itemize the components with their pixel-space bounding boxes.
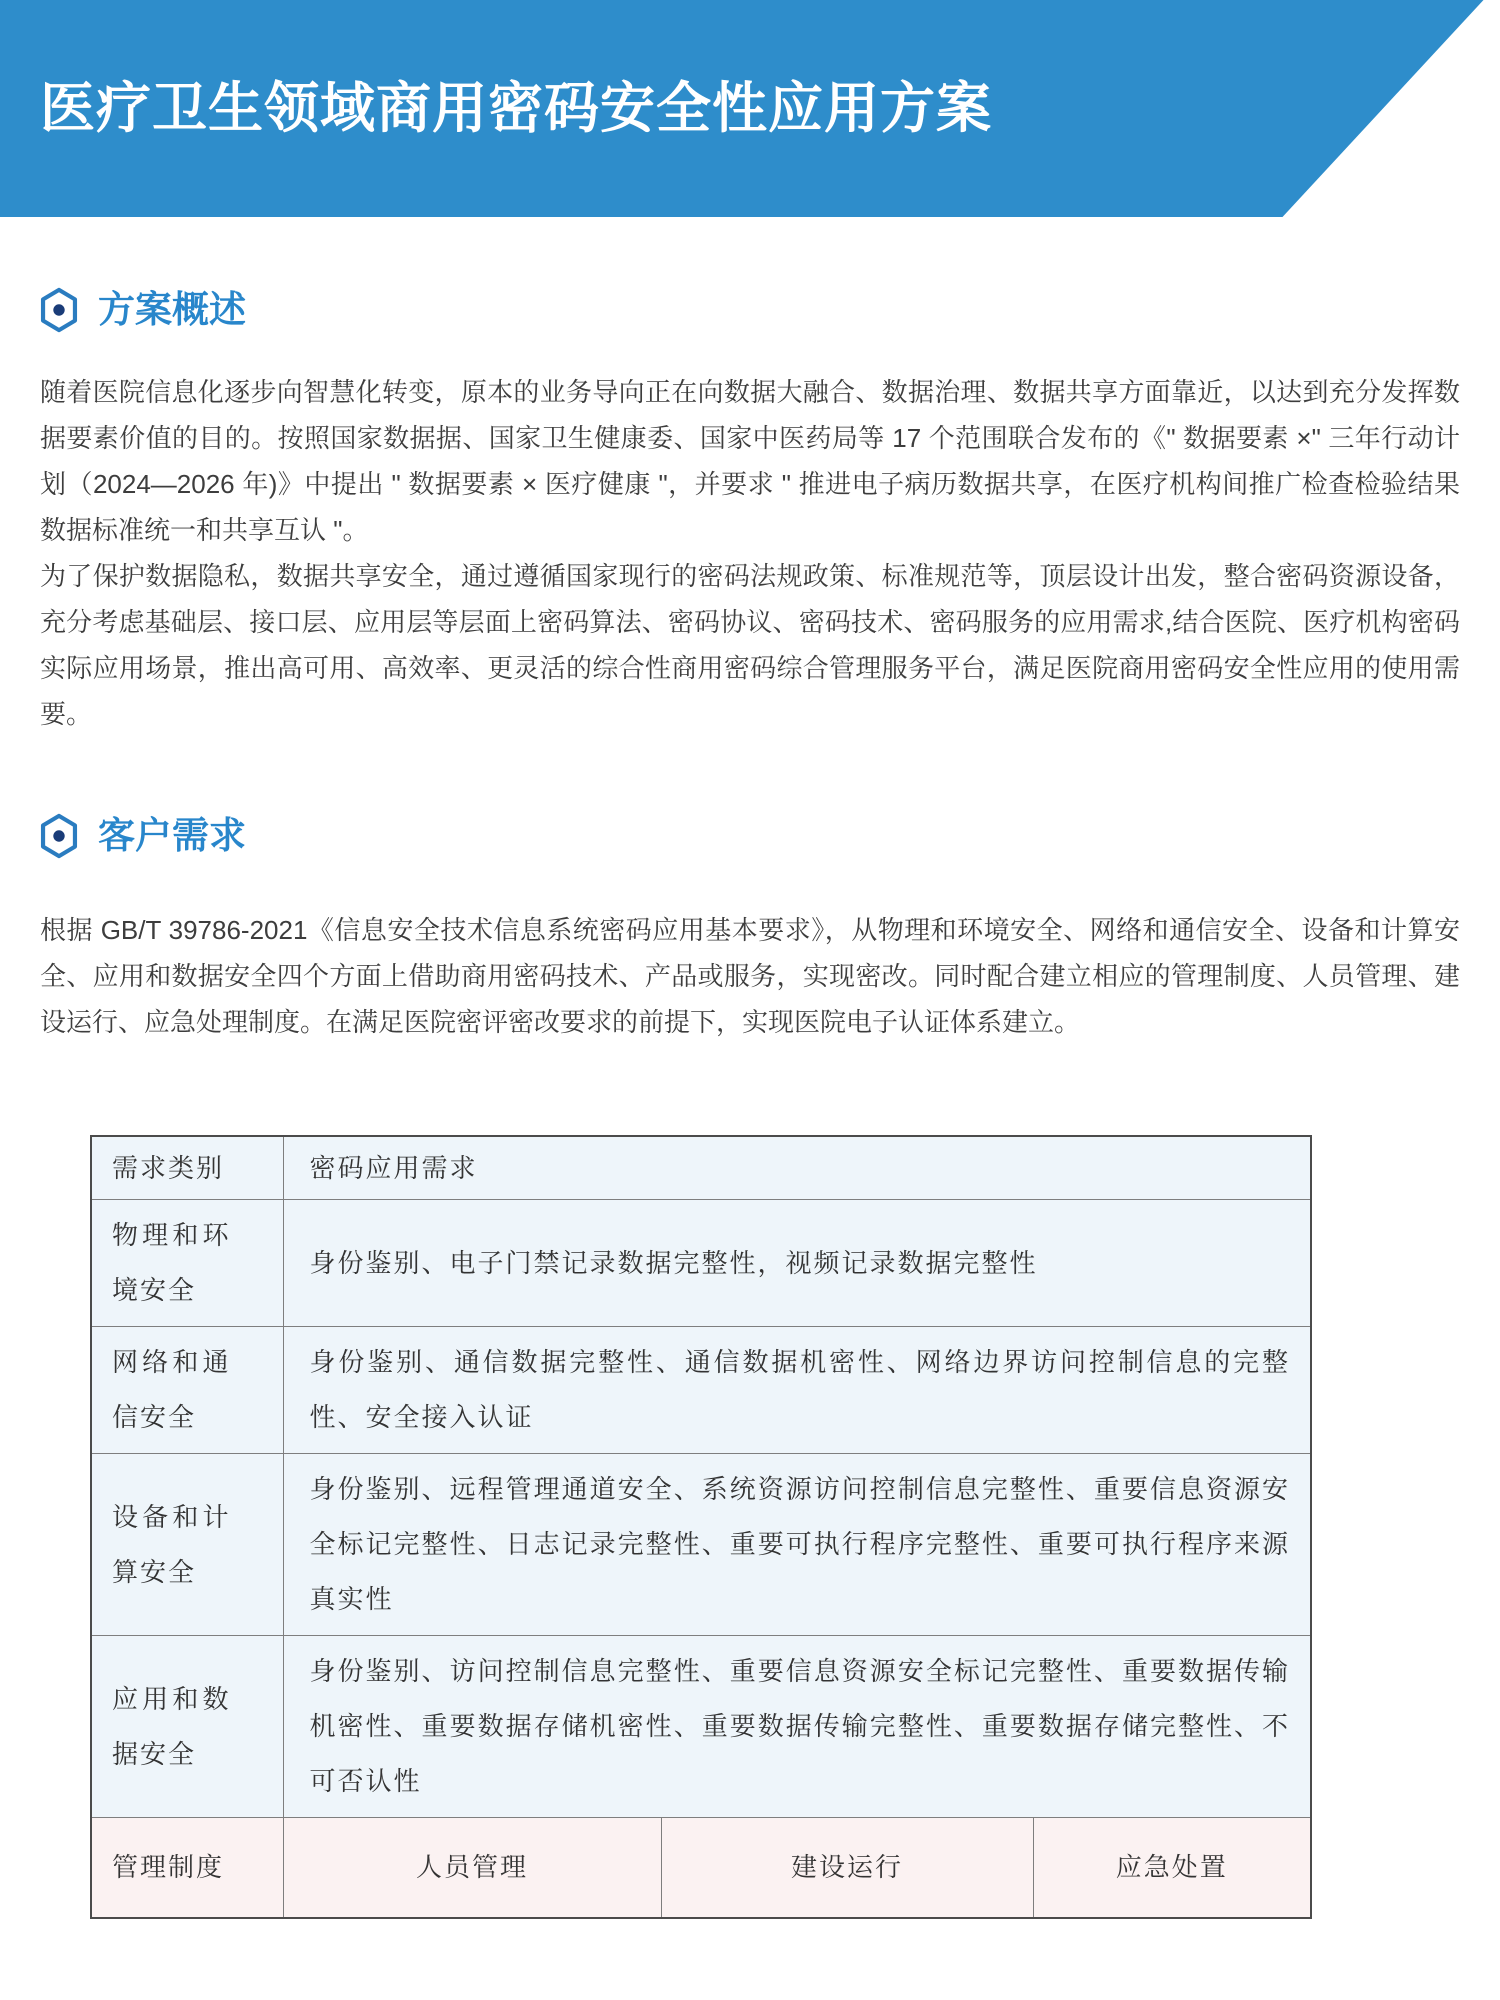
row-requirement-device: 身份鉴别、远程管理通道安全、系统资源访问控制信息完整性、重要信息资源安全标记完整… bbox=[283, 1454, 1311, 1636]
row-category-application: 应用和数据安全 bbox=[91, 1636, 283, 1818]
overview-paragraph-2: 为了保护数据隐私，数据共享安全，通过遵循国家现行的密码法规政策、标准规范等，顶层… bbox=[40, 553, 1460, 737]
table-row: 设备和计算安全 身份鉴别、远程管理通道安全、系统资源访问控制信息完整性、重要信息… bbox=[91, 1454, 1311, 1636]
table-row: 物理和环境安全 身份鉴别、电子门禁记录数据完整性，视频记录数据完整性 bbox=[91, 1200, 1311, 1327]
section-title-requirements: 客户需求 bbox=[98, 814, 246, 858]
page-title: 医疗卫生领域商用密码安全性应用方案 bbox=[40, 78, 992, 139]
content-area: 方案概述 随着医院信息化逐步向智慧化转变，原本的业务导向正在向数据大融合、数据治… bbox=[40, 287, 1460, 1919]
section-heading-overview: 方案概述 bbox=[40, 287, 1460, 333]
footer-cell-personnel: 人员管理 bbox=[283, 1818, 661, 1919]
section-title-overview: 方案概述 bbox=[98, 288, 246, 332]
table-footer-row: 管理制度 人员管理 建设运行 应急处置 bbox=[91, 1818, 1311, 1919]
row-category-device: 设备和计算安全 bbox=[91, 1454, 283, 1636]
footer-cell-construction: 建设运行 bbox=[661, 1818, 1033, 1919]
table-header-row: 需求类别 密码应用需求 bbox=[91, 1136, 1311, 1200]
table-header-category: 需求类别 bbox=[91, 1136, 283, 1200]
row-requirement-physical: 身份鉴别、电子门禁记录数据完整性，视频记录数据完整性 bbox=[283, 1200, 1311, 1327]
footer-category-management: 管理制度 bbox=[91, 1818, 283, 1919]
row-requirement-application: 身份鉴别、访问控制信息完整性、重要信息资源安全标记完整性、重要数据传输机密性、重… bbox=[283, 1636, 1311, 1818]
row-requirement-network: 身份鉴别、通信数据完整性、通信数据机密性、网络边界访问控制信息的完整性、安全接入… bbox=[283, 1327, 1311, 1454]
banner: 医疗卫生领域商用密码安全性应用方案 bbox=[0, 0, 1500, 217]
footer-cell-emergency: 应急处置 bbox=[1033, 1818, 1311, 1919]
hexagon-dot-icon bbox=[40, 813, 78, 859]
table-header-requirement: 密码应用需求 bbox=[283, 1136, 1311, 1200]
table-row: 应用和数据安全 身份鉴别、访问控制信息完整性、重要信息资源安全标记完整性、重要数… bbox=[91, 1636, 1311, 1818]
table-row: 网络和通信安全 身份鉴别、通信数据完整性、通信数据机密性、网络边界访问控制信息的… bbox=[91, 1327, 1311, 1454]
section-heading-requirements: 客户需求 bbox=[40, 813, 1460, 859]
requirements-paragraph: 根据 GB/T 39786-2021《信息安全技术信息系统密码应用基本要求》，从… bbox=[40, 907, 1460, 1045]
row-category-network: 网络和通信安全 bbox=[91, 1327, 283, 1454]
requirements-table: 需求类别 密码应用需求 物理和环境安全 身份鉴别、电子门禁记录数据完整性，视频记… bbox=[90, 1135, 1312, 1919]
document-page: 医疗卫生领域商用密码安全性应用方案 方案概述 随着医院信息化逐步向智慧化转变，原… bbox=[0, 0, 1500, 2000]
row-category-physical: 物理和环境安全 bbox=[91, 1200, 283, 1327]
hexagon-dot-icon bbox=[40, 287, 78, 333]
overview-paragraph-1: 随着医院信息化逐步向智慧化转变，原本的业务导向正在向数据大融合、数据治理、数据共… bbox=[40, 369, 1460, 553]
